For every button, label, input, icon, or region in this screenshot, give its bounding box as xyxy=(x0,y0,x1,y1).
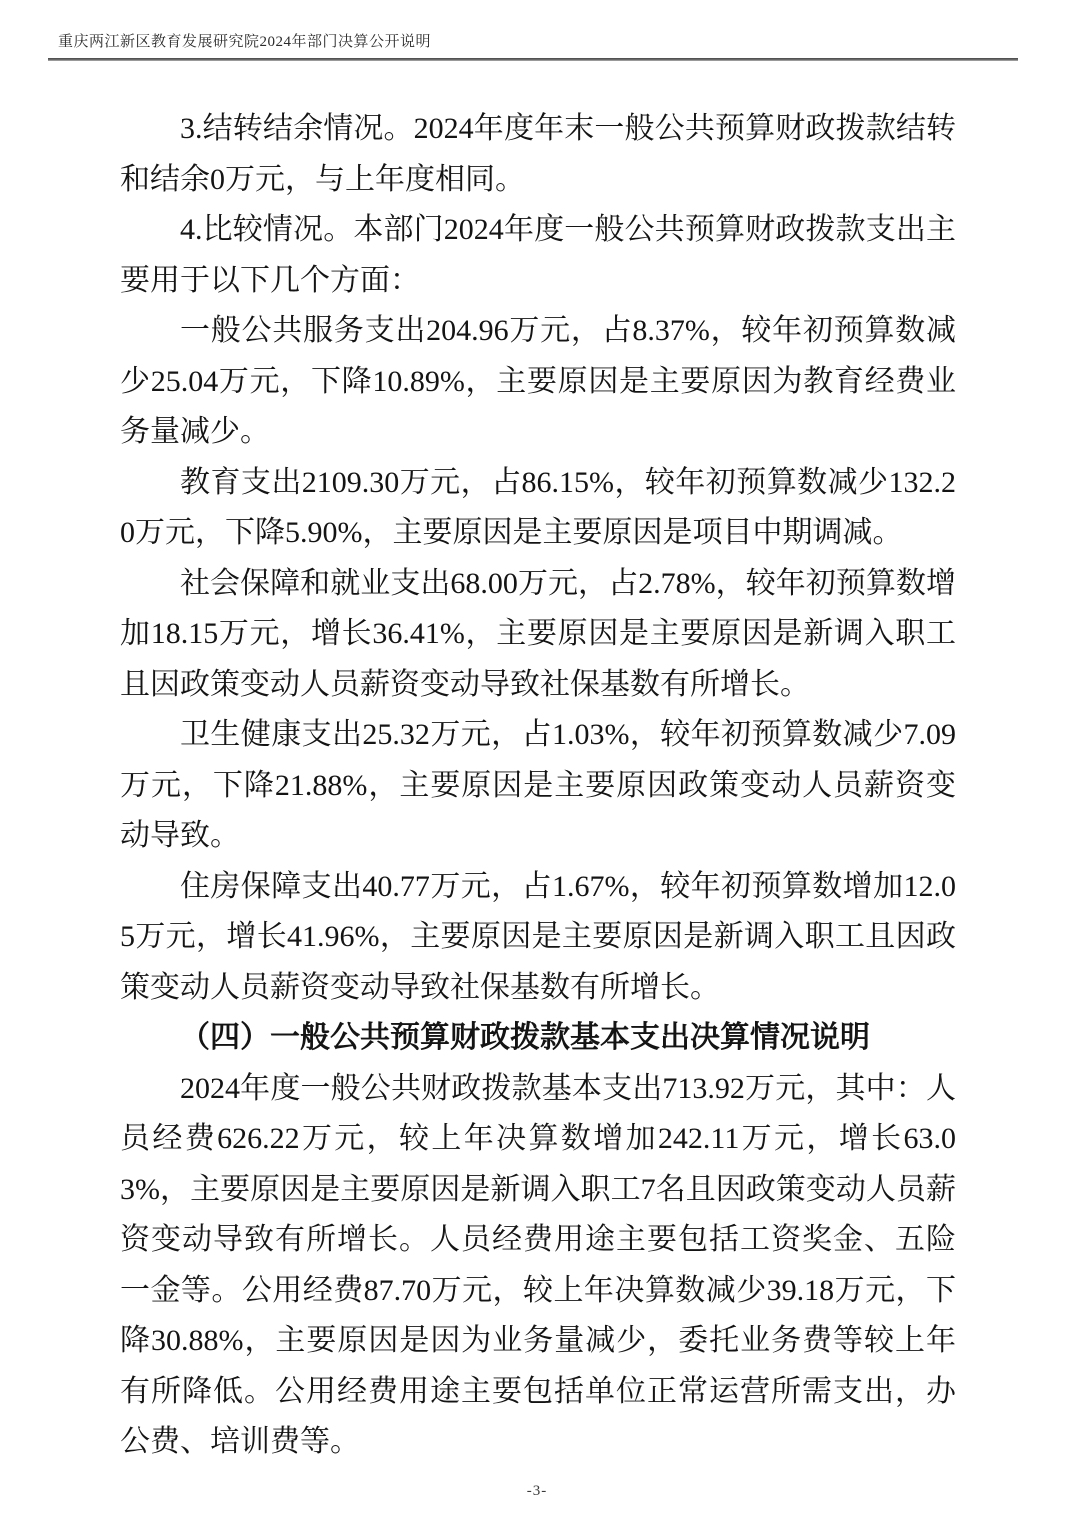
document-page: 重庆两江新区教育发展研究院2024年部门决算公开说明 3.结转结余情况。2024… xyxy=(0,0,1074,1520)
paragraph-basic-expenditure-detail: 2024年度一般公共财政拨款基本支出713.92万元，其中：人员经费626.22… xyxy=(120,1064,956,1468)
paragraph-comparison-intro: 4.比较情况。本部门2024年度一般公共预算财政拨款支出主要用于以下几个方面： xyxy=(120,205,956,306)
section-heading-basic-expenditure: （四）一般公共预算财政拨款基本支出决算情况说明 xyxy=(120,1013,956,1064)
document-footer: -3- xyxy=(0,1482,1074,1500)
document-header: 重庆两江新区教育发展研究院2024年部门决算公开说明 xyxy=(48,30,1018,61)
header-title: 重庆两江新区教育发展研究院2024年部门决算公开说明 xyxy=(48,30,1018,51)
paragraph-education-expenditure: 教育支出2109.30万元，占86.15%，较年初预算数减少132.20万元，下… xyxy=(120,458,956,559)
header-divider-line xyxy=(48,58,1018,61)
paragraph-housing-security: 住房保障支出40.77万元，占1.67%，较年初预算数增加12.05万元，增长4… xyxy=(120,862,956,1014)
paragraph-carryover-balance: 3.结转结余情况。2024年度年末一般公共预算财政拨款结转和结余0万元，与上年度… xyxy=(120,104,956,205)
paragraph-social-security-employment: 社会保障和就业支出68.00万元，占2.78%，较年初预算数增加18.15万元，… xyxy=(120,559,956,711)
paragraph-general-public-services: 一般公共服务支出204.96万元，占8.37%，较年初预算数减少25.04万元，… xyxy=(120,306,956,458)
document-body: 3.结转结余情况。2024年度年末一般公共预算财政拨款结转和结余0万元，与上年度… xyxy=(120,104,956,1468)
page-number: -3- xyxy=(527,1483,548,1499)
paragraph-health-expenditure: 卫生健康支出25.32万元，占1.03%，较年初预算数减少7.09万元，下降21… xyxy=(120,710,956,862)
